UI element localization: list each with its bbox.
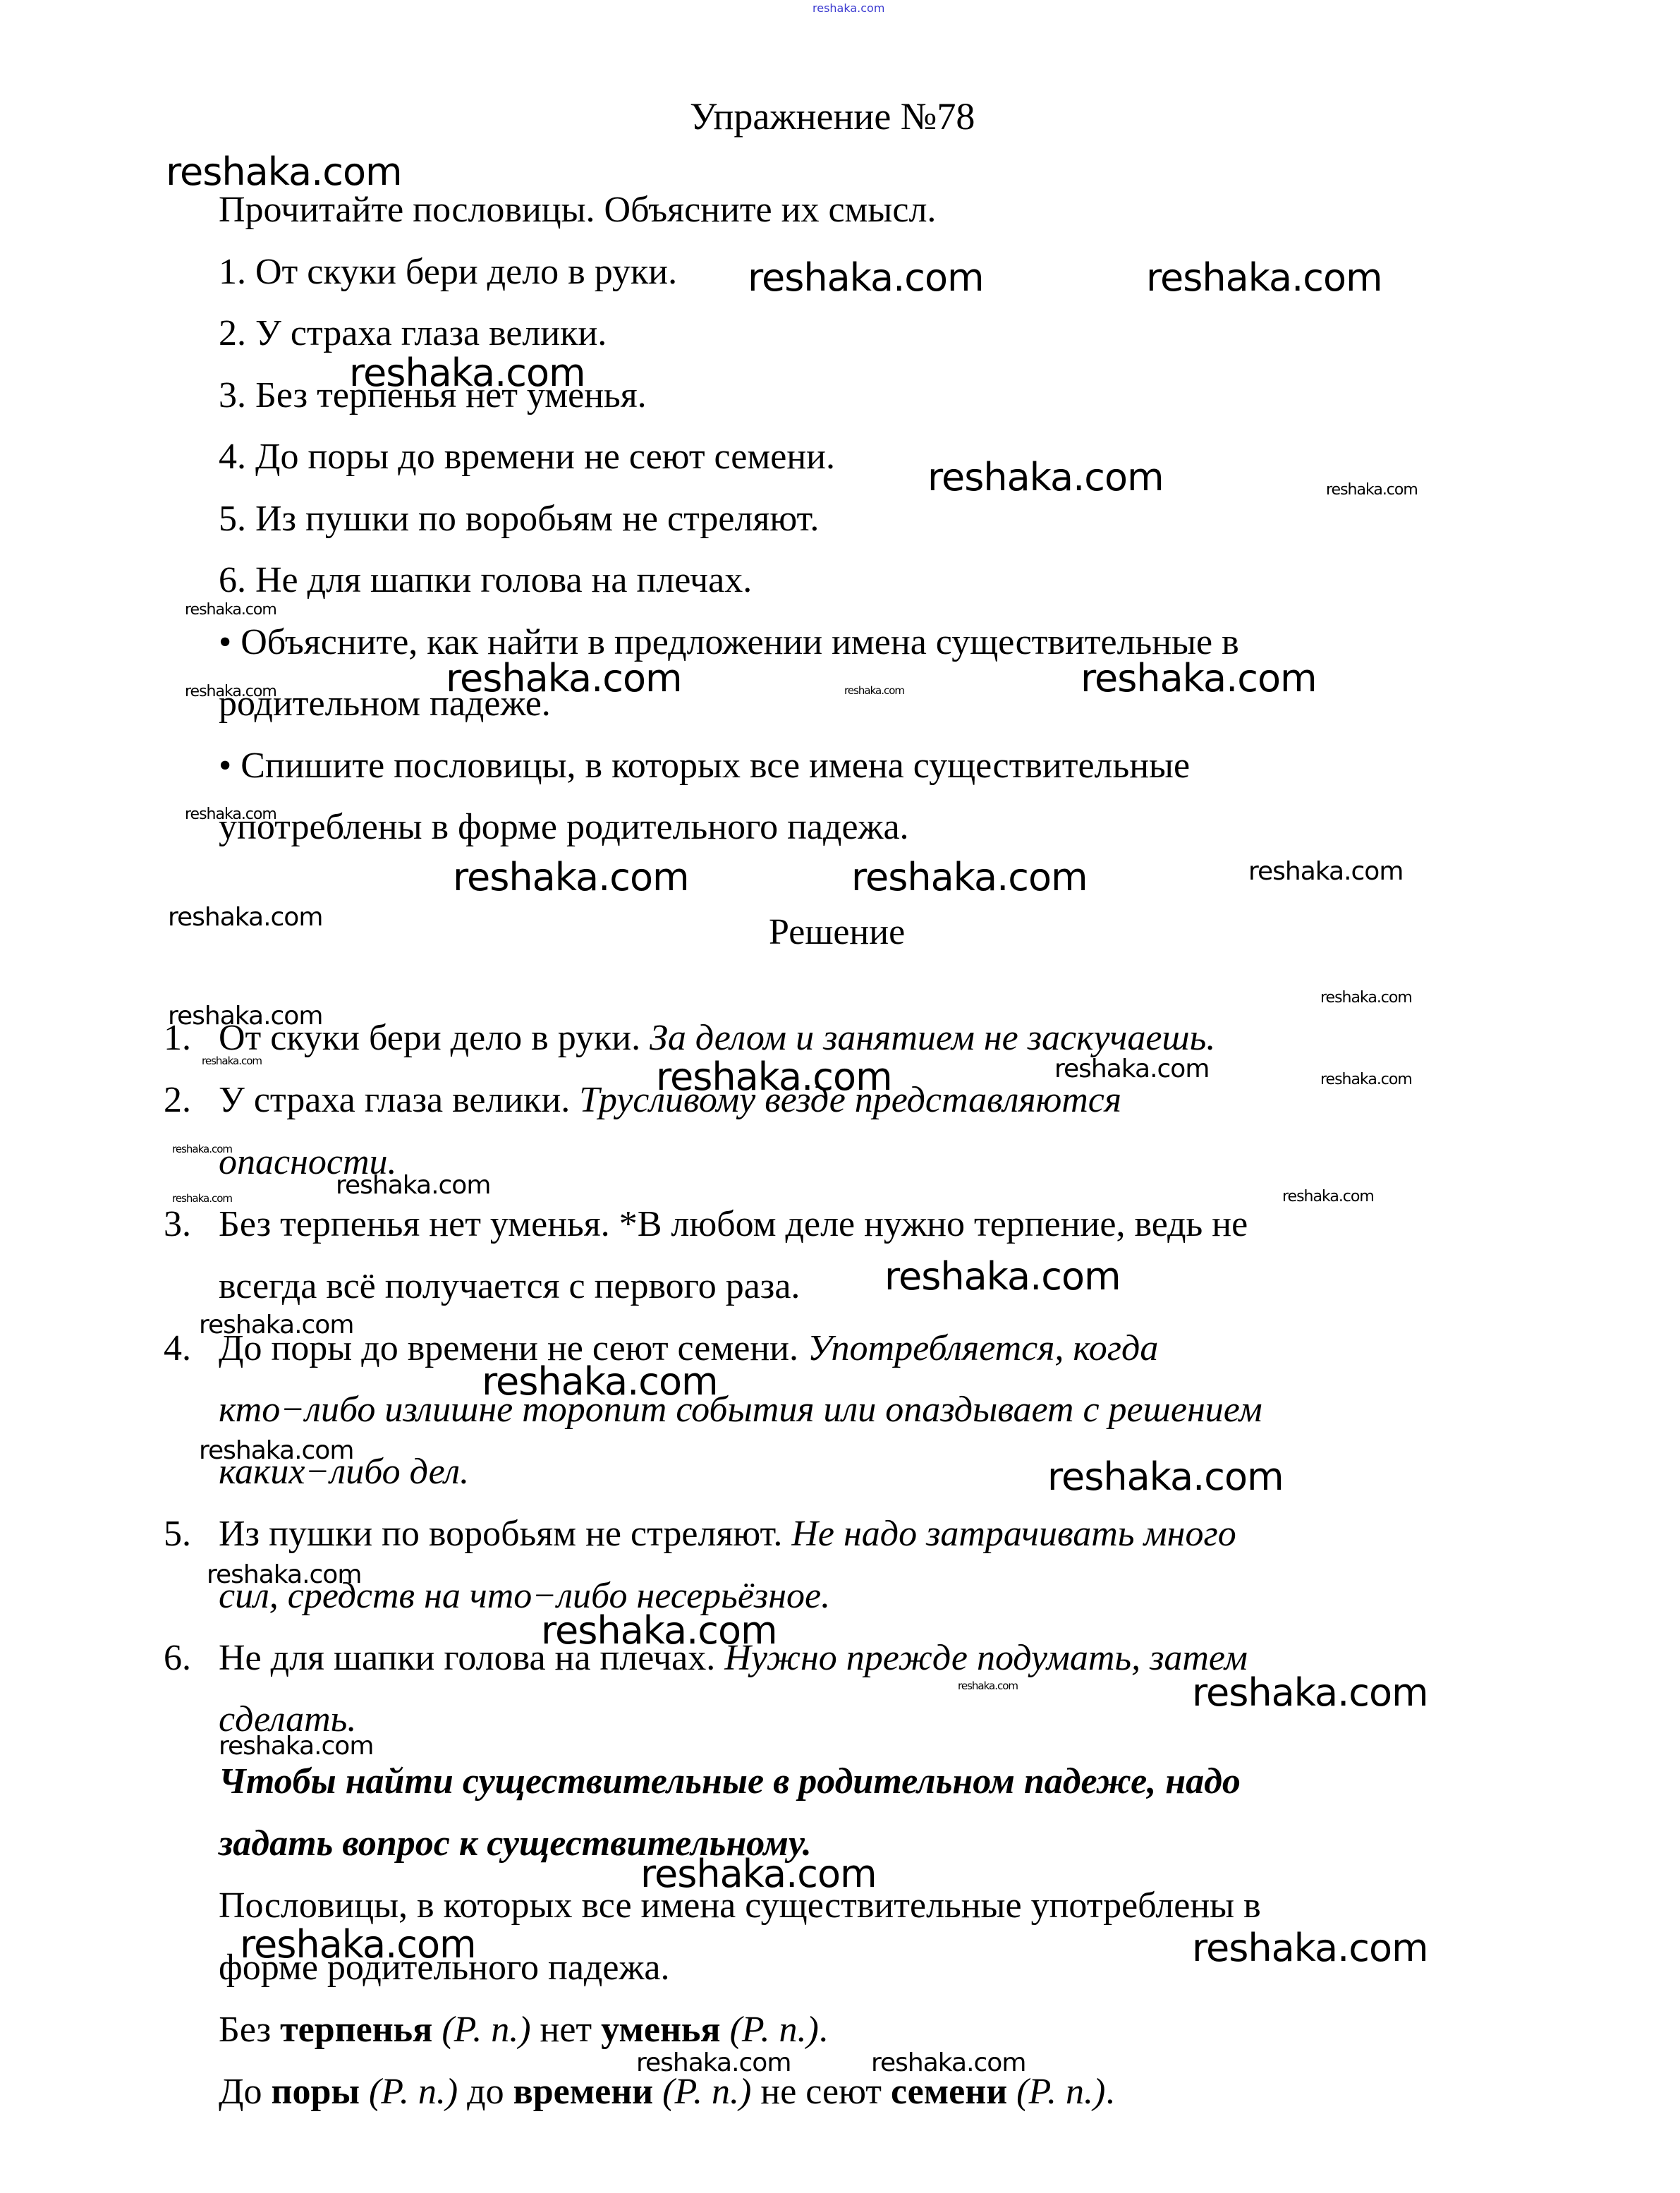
- genitive-noun: семени: [891, 2072, 1007, 2112]
- item-meaning: Не надо затрачивать много: [791, 1514, 1236, 1554]
- page-title: Упражнение №78: [690, 97, 975, 135]
- watermark: reshaka.com: [1248, 857, 1403, 886]
- item-proverb: Без терпенья нет уменья.: [219, 1204, 610, 1244]
- bullet-2-line-1: • Спишите пословицы, в которых все имена…: [219, 748, 1190, 784]
- item-meaning: Нужно прежде подумать, затем: [724, 1638, 1248, 1678]
- watermark: reshaka.com: [958, 1679, 1018, 1692]
- case-label: (Р. п.): [653, 2072, 751, 2112]
- watermark: reshaka.com: [168, 903, 322, 932]
- watermark: reshaka.com: [1146, 255, 1382, 300]
- case-label: (Р. п.): [1007, 2072, 1105, 2112]
- solution-item-5: 5.Из пушки по воробьям не стреляют. Не н…: [164, 1516, 1236, 1553]
- proverb-1: 1. От скуки бери дело в руки.: [219, 254, 677, 291]
- item-3-meaning-cont: всегда всё получается с первого раза.: [219, 1268, 800, 1305]
- watermark: reshaka.com: [482, 1359, 718, 1404]
- genitive-noun: терпенья: [280, 2010, 432, 2050]
- watermark: reshaka.com: [1282, 1188, 1374, 1205]
- watermark: reshaka.com: [844, 684, 904, 697]
- watermark: reshaka.com: [748, 255, 984, 300]
- watermark: reshaka.com: [884, 1254, 1121, 1299]
- example-1: Без терпенья (Р. п.) нет уменья (Р. п.).: [219, 2012, 828, 2048]
- watermark: reshaka.com: [336, 1171, 490, 1200]
- watermark: reshaka.com: [185, 683, 276, 700]
- watermark: reshaka.com: [640, 1852, 877, 1896]
- watermark: reshaka.com: [172, 1143, 232, 1155]
- watermark: reshaka.com: [240, 1922, 476, 1967]
- solution-item-3: 3.Без терпенья нет уменья. *В любом деле…: [164, 1206, 1248, 1243]
- case-label: (Р. п.): [360, 2072, 458, 2112]
- plain-text: .: [1105, 2072, 1114, 2112]
- task-intro: Прочитайте пословицы. Объясните их смысл…: [219, 192, 936, 229]
- watermark: reshaka.com: [1326, 481, 1418, 499]
- plain-text: не сеют: [751, 2072, 891, 2112]
- top-watermark: reshaka.com: [812, 1, 884, 15]
- item-number: 5.: [164, 1516, 219, 1553]
- watermark: reshaka.com: [1320, 989, 1412, 1007]
- rule-line-1: Чтобы найти существительные в родительно…: [219, 1763, 1241, 1800]
- watermark: reshaka.com: [851, 855, 1088, 899]
- watermark: reshaka.com: [185, 806, 276, 823]
- watermark: reshaka.com: [207, 1560, 361, 1589]
- watermark: reshaka.com: [1320, 1071, 1412, 1088]
- example-2: До поры (Р. п.) до времени (Р. п.) не се…: [219, 2074, 1114, 2110]
- plain-text: до: [458, 2072, 513, 2112]
- bullet-2-line-2: употреблены в форме родительного падежа.: [219, 809, 909, 846]
- genitive-noun: поры: [271, 2072, 359, 2112]
- case-label: (Р. п.): [721, 2010, 819, 2050]
- item-number: 3.: [164, 1206, 219, 1243]
- solution-heading: Решение: [769, 914, 905, 951]
- item-number: 6.: [164, 1640, 219, 1677]
- watermark: reshaka.com: [1047, 1454, 1284, 1499]
- plain-text: Без: [219, 2010, 280, 2050]
- watermark: reshaka.com: [219, 1732, 373, 1761]
- watermark: reshaka.com: [927, 455, 1164, 499]
- plain-text: нет: [531, 2010, 602, 2050]
- genitive-noun: времени: [513, 2072, 654, 2112]
- proverb-6: 6. Не для шапки голова на плечах.: [219, 562, 752, 599]
- proverb-4: 4. До поры до времени не сеют семени.: [219, 439, 835, 475]
- watermark: reshaka.com: [636, 2048, 791, 2077]
- item-number: 2.: [164, 1082, 219, 1119]
- item-meaning: За делом и занятием не заскучаешь.: [650, 1018, 1215, 1058]
- plain-text: До: [219, 2072, 271, 2112]
- item-proverb: У страха глаза велики.: [219, 1080, 570, 1120]
- item-proverb: Из пушки по воробьям не стреляют.: [219, 1514, 782, 1554]
- watermark: reshaka.com: [1192, 1670, 1428, 1715]
- watermark: reshaka.com: [446, 656, 682, 700]
- proverb-5: 5. Из пушки по воробьям не стреляют.: [219, 501, 819, 537]
- watermark: reshaka.com: [1192, 1926, 1428, 1970]
- item-meaning: Употребляется, когда: [808, 1328, 1158, 1368]
- watermark: reshaka.com: [168, 1002, 322, 1031]
- watermark: reshaka.com: [453, 855, 689, 899]
- watermark: reshaka.com: [172, 1192, 232, 1205]
- watermark: reshaka.com: [1054, 1055, 1209, 1083]
- watermark: reshaka.com: [199, 1436, 353, 1465]
- watermark: reshaka.com: [871, 2048, 1025, 2077]
- watermark: reshaka.com: [202, 1055, 262, 1067]
- plain-text: .: [819, 2010, 828, 2050]
- watermark: reshaka.com: [166, 150, 402, 194]
- watermark: reshaka.com: [656, 1055, 892, 1099]
- proverb-2: 2. У страха глаза велики.: [219, 315, 607, 352]
- case-label: (Р. п.): [432, 2010, 530, 2050]
- watermark: reshaka.com: [185, 601, 276, 619]
- solution-item-2: 2.У страха глаза велики. Трусливому везд…: [164, 1082, 1121, 1119]
- watermark: reshaka.com: [349, 351, 585, 395]
- genitive-noun: уменья: [601, 2010, 720, 2050]
- item-meaning: *В любом деле нужно терпение, ведь не: [619, 1204, 1248, 1244]
- watermark: reshaka.com: [199, 1311, 353, 1340]
- watermark: reshaka.com: [1081, 656, 1317, 700]
- item-4-meaning-cont-1: кто−либо излишне торопит события или опа…: [219, 1392, 1262, 1428]
- watermark: reshaka.com: [541, 1608, 777, 1653]
